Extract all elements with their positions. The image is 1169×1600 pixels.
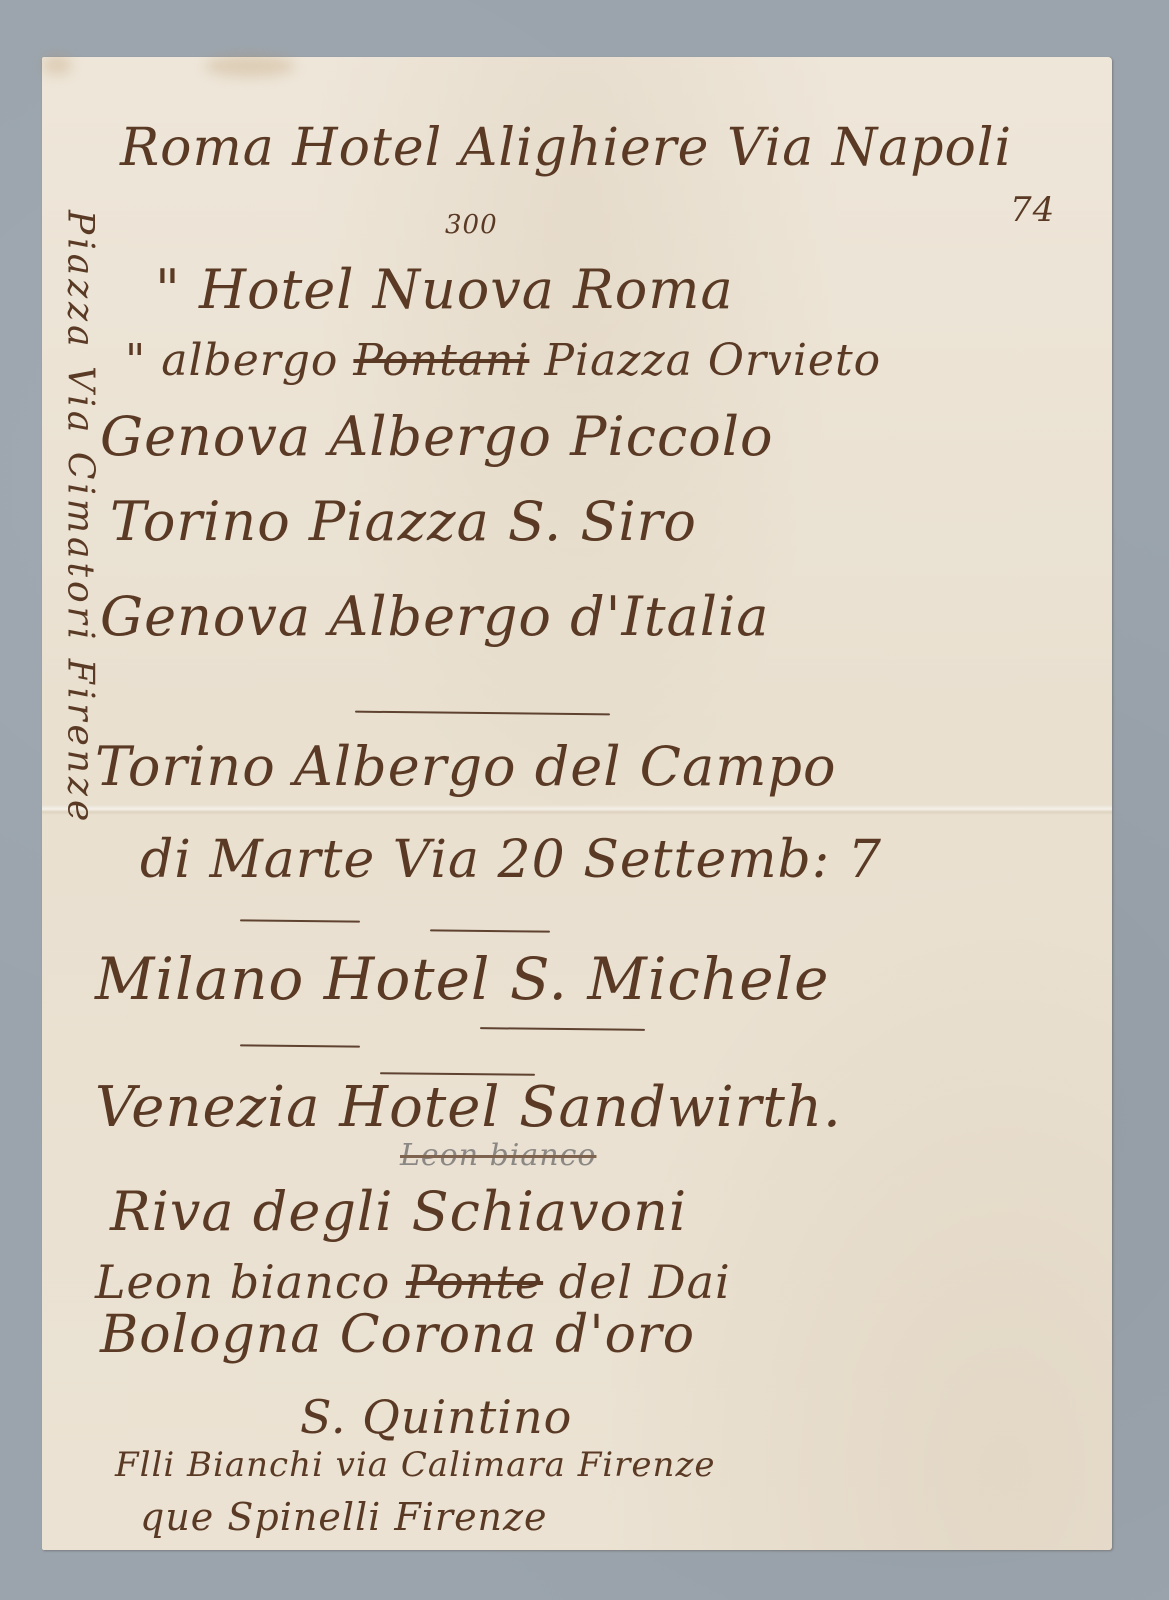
handwritten-line: " Hotel Nuova Roma — [155, 258, 734, 321]
paper-fold-crease — [42, 805, 1112, 815]
handwritten-line: S. Quintino — [300, 1390, 572, 1444]
handwritten-line: Milano Hotel S. Michele — [95, 945, 829, 1013]
handwritten-line: Leon bianco Ponte del Dai — [95, 1255, 731, 1309]
handwritten-line: di Marte Via 20 Settemb: 7 — [140, 830, 882, 890]
struck-out-word: Ponte — [406, 1255, 543, 1309]
margin-note: Piazza Via Cimatori Firenze — [60, 210, 100, 1480]
line-text: del Dai — [543, 1255, 731, 1309]
margin-note-text: Piazza Via Cimatori Firenze — [60, 210, 101, 825]
stain-top — [205, 55, 295, 77]
handwritten-line: Leon bianco — [400, 1138, 596, 1173]
handwritten-line: Roma Hotel Alighiere Via Napoli — [120, 118, 1012, 178]
handwritten-line: Torino Albergo del Campo — [95, 735, 836, 798]
handwritten-line: 300 — [445, 210, 498, 240]
line-text: " albergo — [125, 335, 353, 386]
handwritten-line: Riva degli Schiavoni — [110, 1180, 687, 1243]
handwritten-line: Venezia Hotel Sandwirth. — [95, 1075, 842, 1140]
stain-top-left — [42, 55, 72, 75]
handwritten-line: " albergo Pontani Piazza Orvieto — [125, 335, 881, 386]
handwritten-line: Torino Piazza S. Siro — [110, 490, 697, 553]
handwritten-line: Bologna Corona d'oro — [100, 1305, 695, 1365]
handwritten-line: 74 — [1010, 190, 1055, 230]
handwritten-line: Genova Albergo d'Italia — [100, 585, 769, 648]
handwritten-line: Flli Bianchi via Calimara Firenze — [115, 1445, 715, 1485]
line-text: Leon bianco — [95, 1255, 406, 1309]
handwritten-line: que Spinelli Firenze — [140, 1495, 548, 1539]
struck-out-word: Pontani — [353, 335, 529, 386]
line-text: Piazza Orvieto — [529, 335, 881, 386]
handwritten-line: Genova Albergo Piccolo — [100, 405, 773, 468]
